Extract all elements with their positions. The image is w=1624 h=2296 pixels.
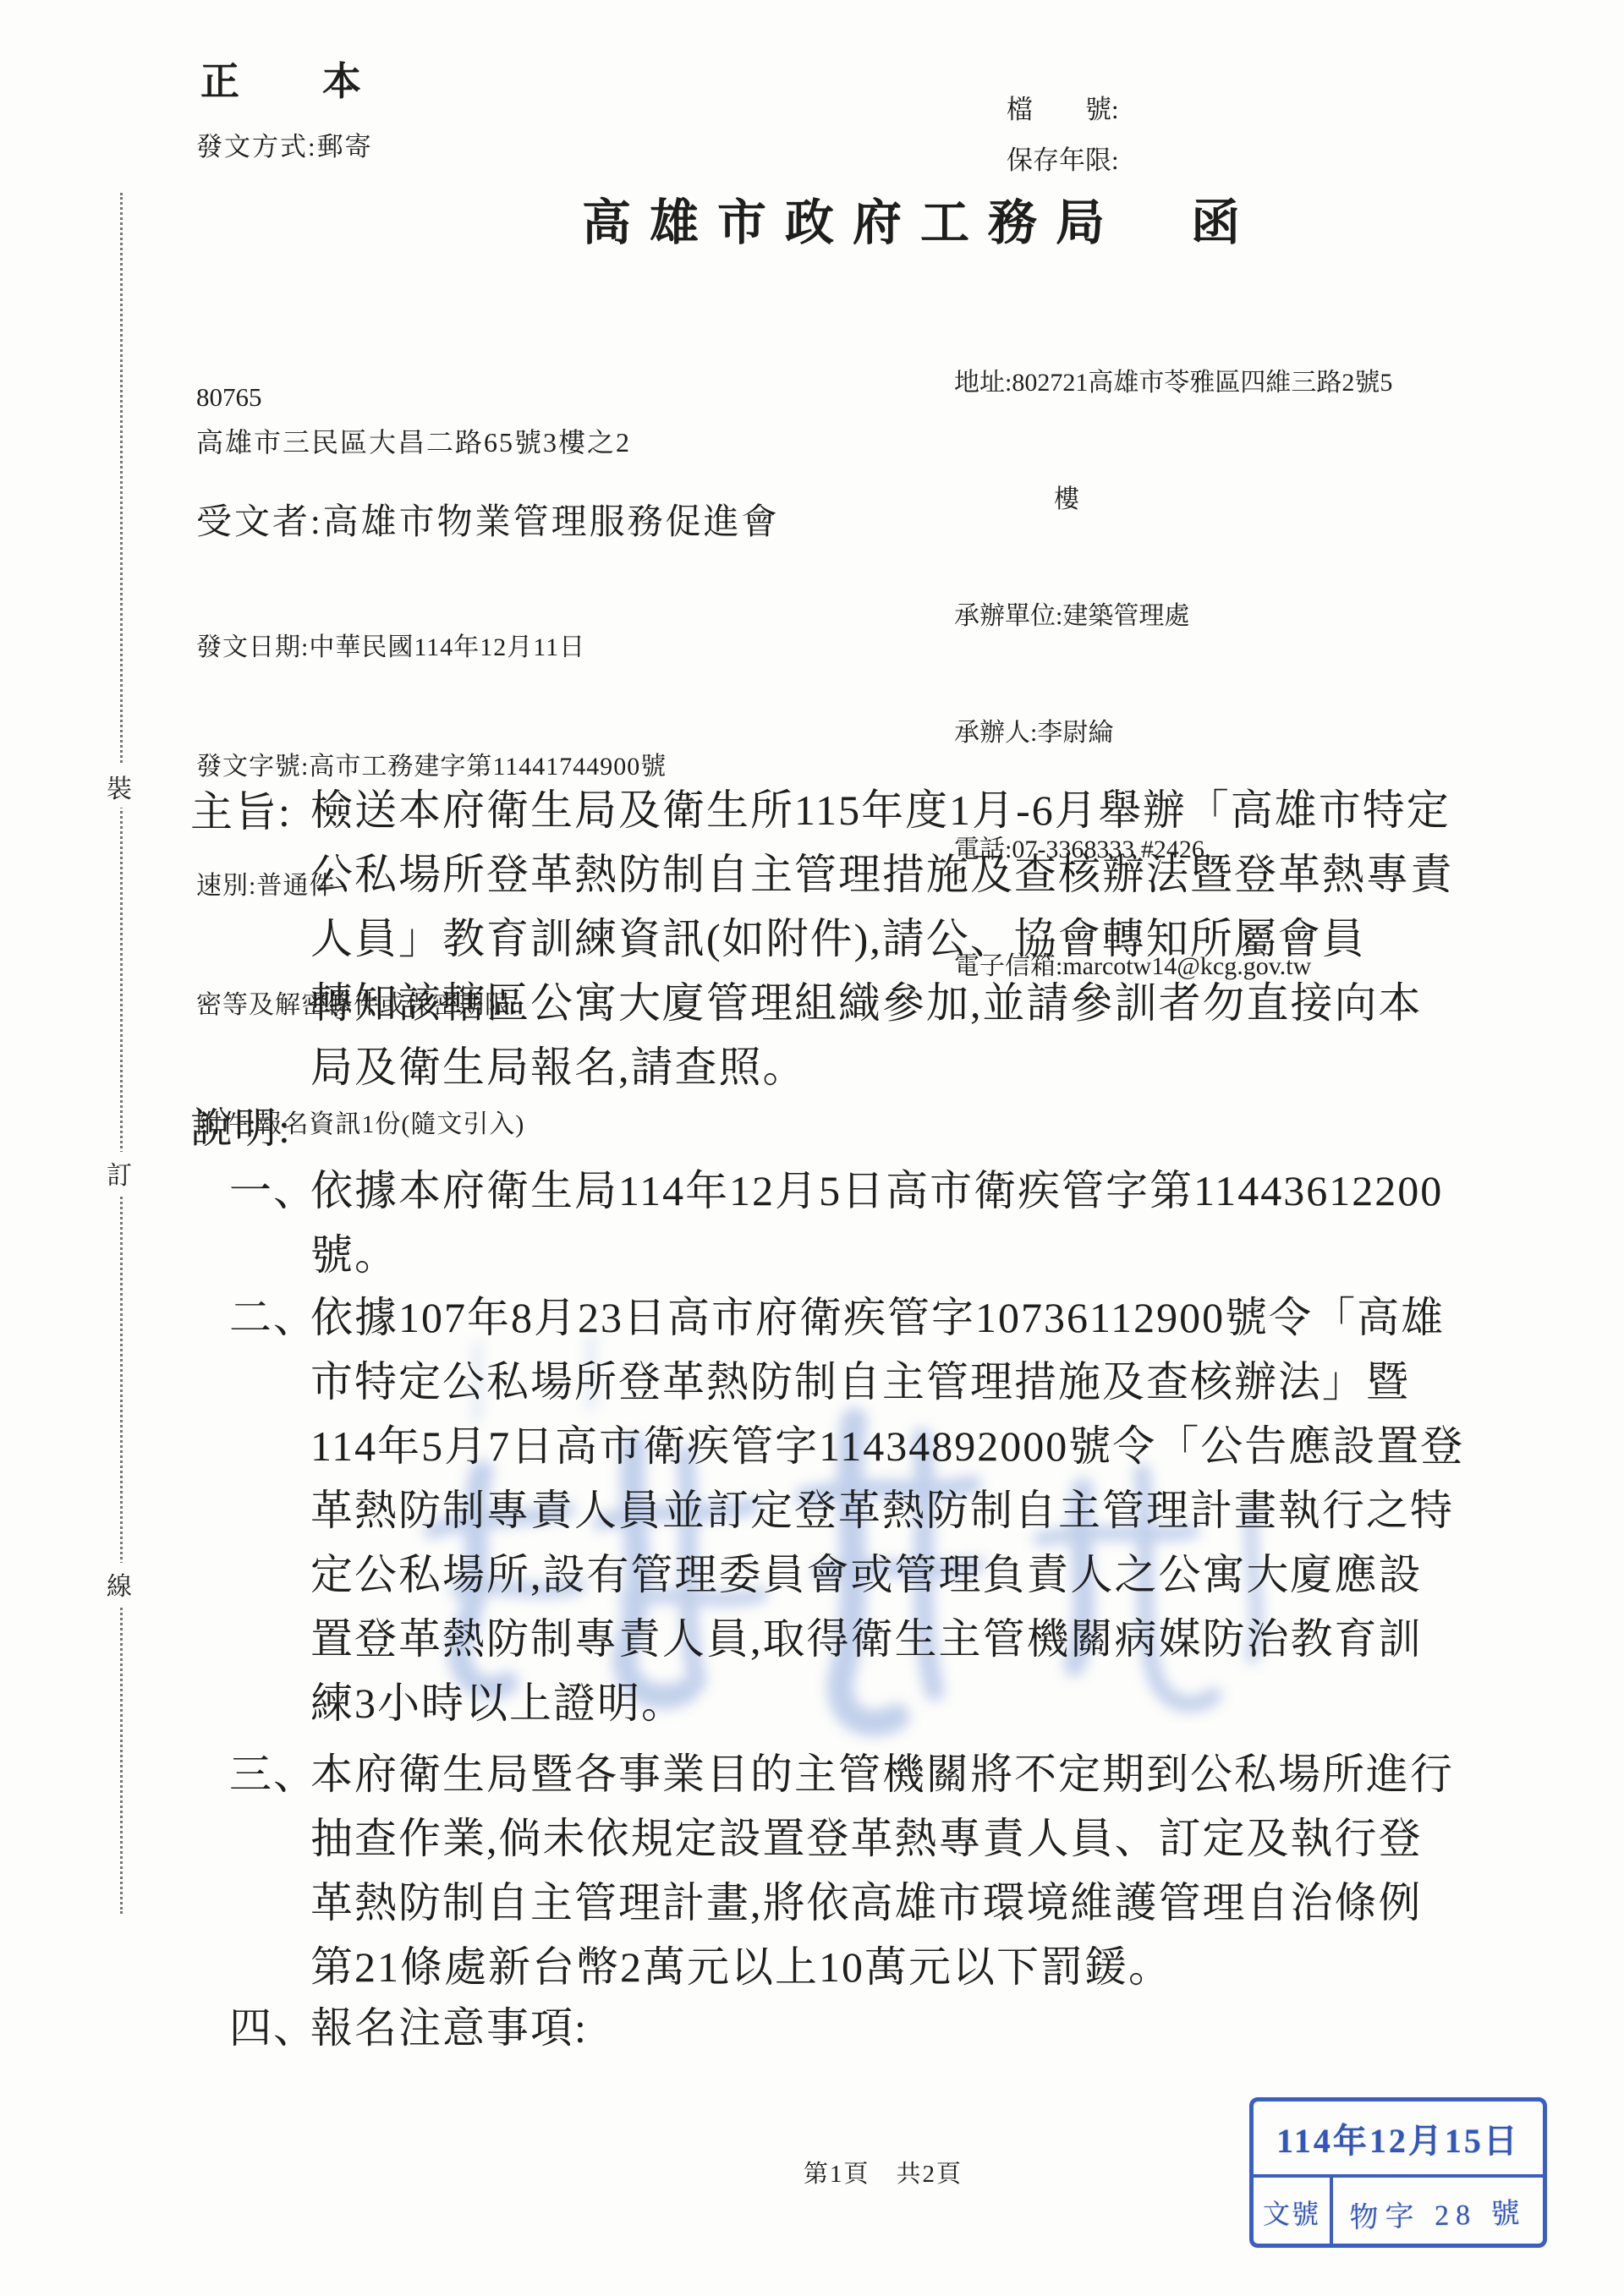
text-line: 依據本府衛生局114年12月5日高市衛疾管字第11443612200 [310, 1159, 1495, 1223]
item-lines: 依據107年8月23日高市府衛疾管字10736112900號令「高雄市特定公私場… [310, 1285, 1495, 1735]
text-line: 革熱防制自主管理計畫,將依高雄市環境維護管理自治條例 [310, 1871, 1495, 1935]
sender-unit: 承辦單位:建築管理處 [954, 597, 1392, 636]
copy-type-label: 正 本 [200, 51, 383, 107]
item-lines: 本府衛生局暨各事業目的主管機關將不定期到公私場所進行抽查作業,倘未依規定設置登革… [310, 1742, 1495, 1999]
text-line: 公私場所登革熱防制自主管理措施及查核辦法暨登革熱專責 [310, 842, 1495, 907]
subject-body: 檢送本府衛生局及衛生所115年度1月-6月舉辦「高雄市特定公私場所登革熱防制自主… [310, 778, 1495, 1099]
recipient-zip: 80765 [196, 382, 262, 413]
recipient-line: 受文者:高雄市物業管理服務促進會 [196, 494, 780, 545]
binding-char-zhuang: 裝 [107, 765, 132, 808]
stamp-docno-label: 文號 [1254, 2178, 1333, 2247]
scanned-official-letter: 裝 訂 線 正 本 發文方式:郵寄 檔 號: 保存年限: 高雄市政府工務局 函 … [0, 0, 1624, 2296]
text-line: 市特定公私場所登革熱防制自主管理措施及查核辦法」暨 [310, 1350, 1495, 1414]
text-line: 抽查作業,倘未依規定設置登革熱專責人員、訂定及執行登 [310, 1806, 1495, 1871]
subject-label: 主旨: [190, 778, 292, 839]
recipient-address: 高雄市三民區大昌二路65號3樓之2 [196, 421, 631, 460]
retention-period-label: 保存年限: [1007, 139, 1119, 177]
text-line: 轉知該轄區公寓大廈管理組織參加,並請參訓者勿直接向本 [310, 971, 1495, 1035]
item-lines: 報名注意事項: [310, 1996, 1495, 2060]
text-line: 114年5月7日高市衛疾管字11434892000號令「公告應設置登 [310, 1414, 1495, 1478]
item-marker: 三、 [229, 1742, 317, 1806]
item-lines: 依據本府衛生局114年12月5日高市衛疾管字第11443612200號。 [310, 1159, 1495, 1287]
text-line: 人員」教育訓練資訊(如附件),請公、協會轉知所屬會員 [310, 907, 1495, 971]
text-line: 報名注意事項: [310, 1996, 1495, 2060]
text-line: 革熱防制專責人員並訂定登革熱防制自主管理計畫執行之特 [310, 1478, 1495, 1543]
sender-contact-person: 承辦人:李尉綸 [954, 714, 1392, 753]
binding-char-ding: 訂 [107, 1152, 132, 1194]
text-line: 置登革熱防制專責人員,取得衛生主管機關病媒防治教育訓 [310, 1607, 1495, 1671]
item-marker: 一、 [229, 1159, 317, 1223]
text-line: 本府衛生局暨各事業目的主管機關將不定期到公私場所進行 [310, 1742, 1495, 1806]
stamp-date: 114年12月15日 [1254, 2101, 1543, 2174]
text-line: 依據107年8月23日高市府衛疾管字10736112900號令「高雄 [310, 1285, 1495, 1350]
sender-address-line1: 地址:802721高雄市苓雅區四維三路2號5 [954, 364, 1392, 403]
text-line: 定公私場所,設有管理委員會或管理負責人之公寓大廈應設 [310, 1543, 1495, 1607]
stamp-docno-value: 物字 28 號 [1332, 2175, 1544, 2249]
text-line: 第21條處新台幣2萬元以上10萬元以下罰鍰。 [310, 1935, 1495, 1999]
description-item-2: 二、 依據107年8月23日高市府衛疾管字10736112900號令「高雄市特定… [310, 1285, 1495, 1735]
binding-char-xian: 線 [107, 1563, 132, 1605]
binding-dotted-line [120, 193, 123, 1914]
description-item-4: 四、 報名注意事項: [310, 1996, 1495, 2060]
issue-date: 發文日期:中華民國114年12月11日 [196, 627, 667, 667]
file-number-label: 檔 號: [1007, 88, 1119, 126]
description-label: 說明: [190, 1094, 292, 1155]
text-line: 檢送本府衛生局及衛生所115年度1月-6月舉辦「高雄市特定 [310, 778, 1495, 842]
description-item-1: 一、 依據本府衛生局114年12月5日高市衛疾管字第11443612200號。 [310, 1159, 1495, 1287]
text-line: 號。 [310, 1223, 1495, 1287]
description-item-3: 三、 本府衛生局暨各事業目的主管機關將不定期到公私場所進行抽查作業,倘未依規定設… [310, 1742, 1495, 1999]
sender-address-line2: 樓 [954, 480, 1392, 519]
received-date-stamp: 114年12月15日 文號 物字 28 號 [1249, 2097, 1547, 2248]
item-marker: 四、 [229, 1996, 317, 2060]
delivery-method: 發文方式:郵寄 [196, 125, 373, 163]
text-line: 練3小時以上證明。 [310, 1671, 1495, 1735]
page-number-info: 第1頁 共2頁 [804, 2155, 963, 2189]
document-title: 高雄市政府工務局 函 [582, 183, 1259, 254]
item-marker: 二、 [229, 1285, 317, 1350]
text-line: 局及衛生局報名,請查照。 [310, 1035, 1495, 1099]
